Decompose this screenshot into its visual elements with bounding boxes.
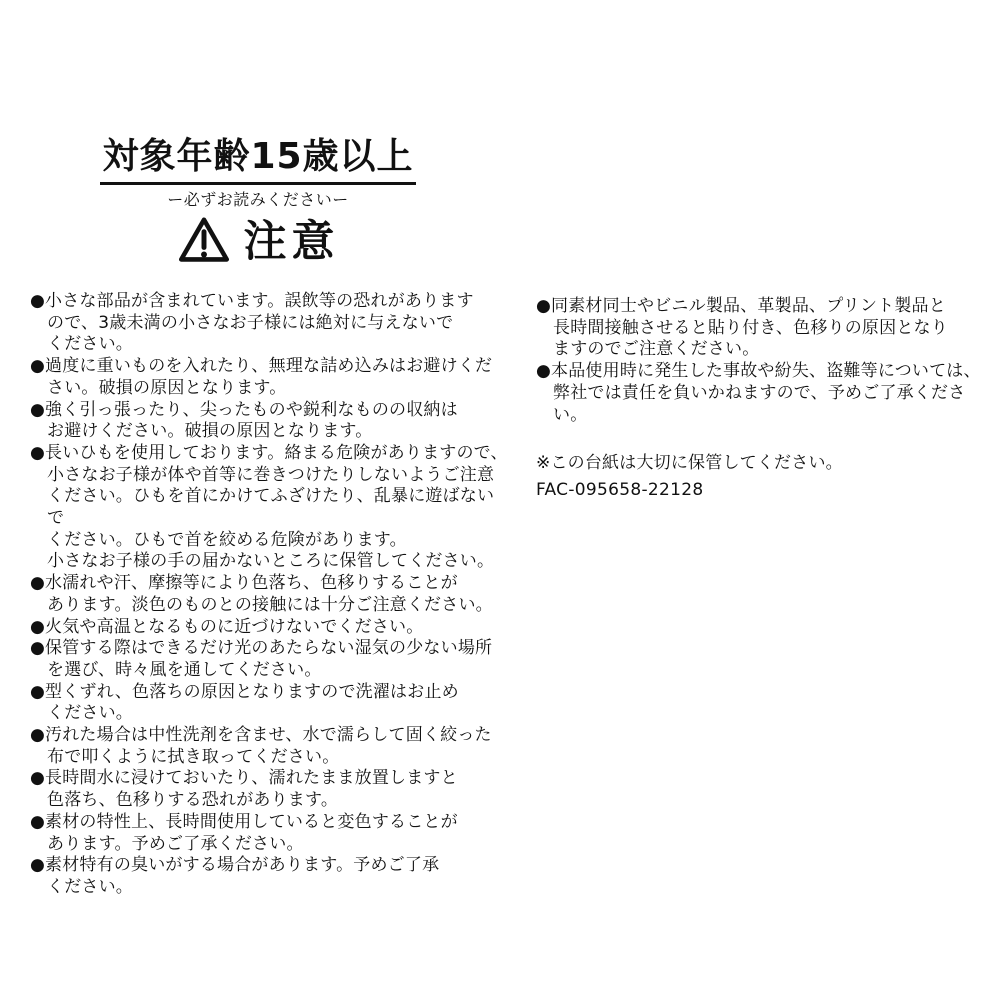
warning-item-small-parts: ●小さな部品が含まれています。誤飲等の恐れがあります ので、3歳未満の小さなお子… [30, 291, 508, 356]
warning-item-material-contact: ●同素材同士やビニル製品、革製品、プリント製品と 長時間接触させると貼り付き、色… [536, 296, 992, 361]
warning-item-overload: ●過度に重いものを入れたり、無理な詰め込みはお避けくだ さい。破損の原因となりま… [30, 356, 508, 399]
warning-item-material-odor: ●素材特有の臭いがする場合があります。予めご了承 ください。 [30, 855, 508, 898]
must-read-note: ー必ずお読みくださいー [92, 190, 424, 209]
warning-item-liability: ●本品使用時に発生した事故や紛失、盗難等については、 弊社では責任を負いかねます… [536, 361, 992, 426]
product-code: FAC-095658-22128 [536, 480, 992, 502]
warning-item-color-transfer: ●水濡れや汗、摩擦等により色落ち、色移りすることが あります。淡色のものとの接触… [30, 573, 508, 616]
right-warning-column: ●同素材同士やビニル製品、革製品、プリント製品と 長時間接触させると貼り付き、色… [536, 296, 992, 502]
warning-item-long-cord: ●長いひもを使用しております。絡まる危険がありますので、 小さなお子様が体や首等… [30, 443, 508, 573]
warning-item-fire-heat: ●火気や高温となるものに近づけないでください。 [30, 617, 508, 639]
caution-label: 注意 [244, 221, 340, 264]
caution-heading: 注意 [92, 216, 424, 268]
warning-item-discoloration: ●素材の特性上、長時間使用していると変色することが あります。予めご了承ください… [30, 812, 508, 855]
caution-sheet: 対象年齢15歳以上 ー必ずお読みくださいー 注意 ●小さな部品が含まれています。… [0, 0, 1000, 1000]
warning-item-sharp-objects: ●強く引っ張ったり、尖ったものや鋭利なものの収納は お避けください。破損の原因と… [30, 400, 508, 443]
header: 対象年齢15歳以上 ー必ずお読みくださいー 注意 [92, 134, 424, 268]
warning-item-soaking: ●長時間水に浸けておいたり、濡れたまま放置しますと 色落ち、色移りする恐れがあり… [30, 768, 508, 811]
warning-triangle-icon [177, 216, 231, 268]
age-restriction-title: 対象年齢15歳以上 [100, 134, 415, 185]
keep-card-note: ※この台紙は大切に保管してください。 [536, 453, 992, 475]
warning-item-storage-place: ●保管する際はできるだけ光のあたらない湿気の少ない場所 を選び、時々風を通してく… [30, 638, 508, 681]
left-warning-column: ●小さな部品が含まれています。誤飲等の恐れがあります ので、3歳未満の小さなお子… [30, 291, 508, 899]
warning-item-no-washing: ●型くずれ、色落ちの原因となりますので洗濯はお止め ください。 [30, 682, 508, 725]
warning-item-cleaning: ●汚れた場合は中性洗剤を含ませ、水で濡らして固く絞った 布で叩くように拭き取って… [30, 725, 508, 768]
